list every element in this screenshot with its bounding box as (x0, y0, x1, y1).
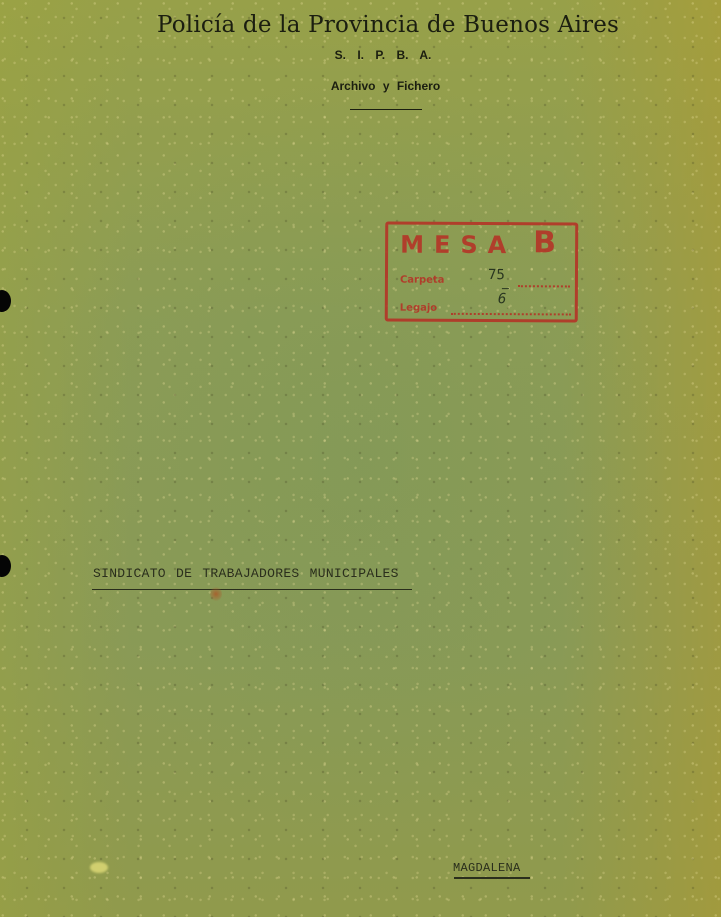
stamp-mesa-letter: B (533, 225, 556, 260)
header-divider (350, 109, 422, 110)
stamp-value-underline (502, 288, 509, 289)
agency-acronym: S. I. P. B. A. (0, 48, 721, 62)
stamp-carpeta-dotted-line (518, 285, 570, 287)
stamp-legajo-label: Legajo (400, 303, 437, 314)
stamp-carpeta-value: 75 (488, 267, 505, 283)
punch-hole-bottom (0, 555, 11, 577)
stamp-legajo-dotted-line (451, 313, 571, 316)
stamp-mesa-label: MESA (400, 231, 516, 260)
punch-hole-top (0, 290, 11, 312)
document-title: Policía de la Provincia de Buenos Aires (0, 12, 721, 38)
department-name: Archivo y Fichero (0, 79, 721, 93)
stamp-legajo-value: 6 (498, 291, 507, 307)
subject-heading: SINDICATO DE TRABAJADORES MUNICIPALES (93, 566, 399, 581)
location-underline (454, 877, 530, 879)
mesa-stamp: MESA B Carpeta 75 Legajo 6 (385, 221, 579, 322)
paper-blemish (90, 862, 108, 873)
subject-underline (92, 589, 412, 590)
paper-texture (0, 0, 721, 917)
rust-stain (210, 587, 222, 601)
stamp-carpeta-label: Carpeta (400, 275, 445, 286)
location-label: MAGDALENA (453, 861, 521, 875)
